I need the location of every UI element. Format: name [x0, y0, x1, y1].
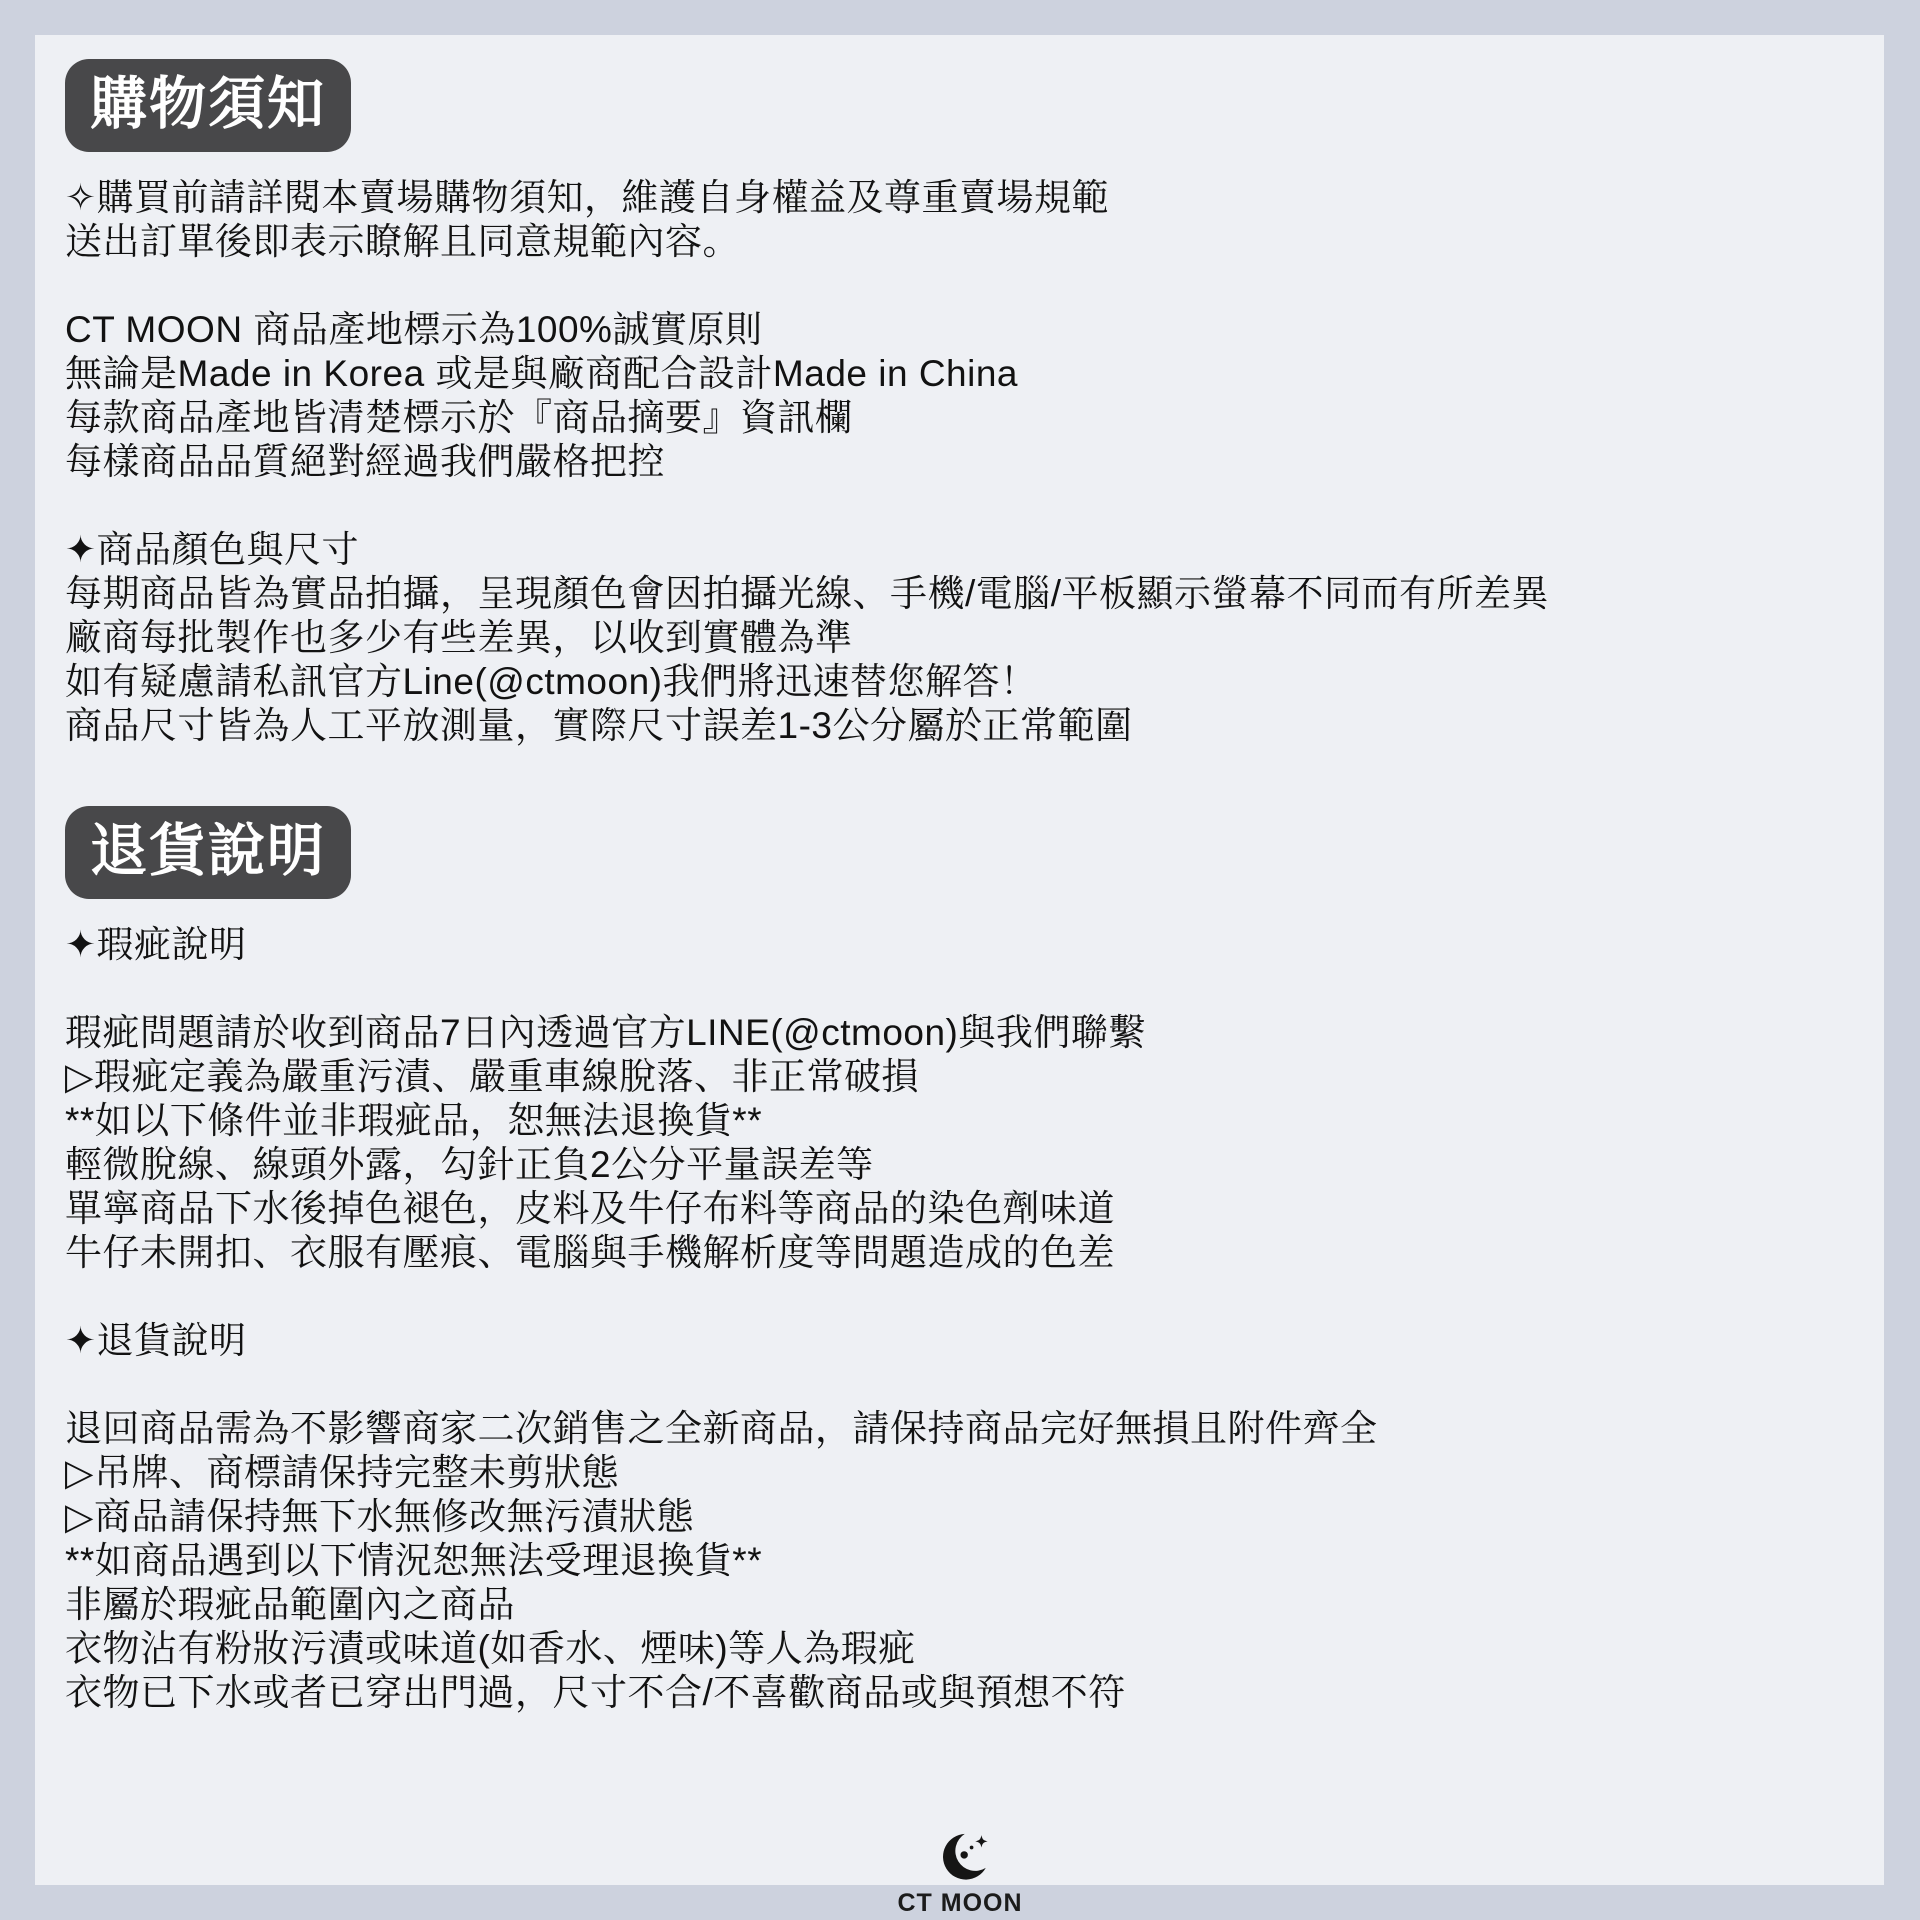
- text-line: ✦瑕疵說明: [65, 923, 1854, 967]
- text-line: 瑕疵問題請於收到商品7日內透過官方LINE(@ctmoon)與我們聯繫: [65, 1011, 1854, 1055]
- text-line: 每期商品皆為實品拍攝，呈現顏色會因拍攝光線、手機/電腦/平板顯示螢幕不同而有所差…: [65, 572, 1854, 616]
- brand-footer: CT MOON: [897, 1829, 1022, 1918]
- text-line: 非屬於瑕疵品範圍內之商品: [65, 1583, 1854, 1627]
- brand-name-text: CT MOON: [897, 1889, 1022, 1918]
- moon-dot-large: [960, 1851, 967, 1858]
- text-line: ▷瑕疵定義為嚴重污漬、嚴重車線脫落、非正常破損: [65, 1055, 1854, 1099]
- paragraph: CT MOON 商品產地標示為100%誠實原則無論是Made in Korea …: [65, 308, 1854, 484]
- paragraph: ✦退貨說明: [65, 1319, 1854, 1363]
- paragraph: ✦瑕疵說明: [65, 923, 1854, 967]
- text-line: 廠商每批製作也多少有些差異，以收到實體為準: [65, 616, 1854, 660]
- text-line: 輕微脫線、線頭外露，勾針正負2公分平量誤差等: [65, 1143, 1854, 1187]
- text-line: ✧購買前請詳閱本賣場購物須知，維護自身權益及尊重賣場規範: [65, 176, 1854, 220]
- sections-container: 購物須知✧購買前請詳閱本賣場購物須知，維護自身權益及尊重賣場規範送出訂單後即表示…: [65, 59, 1854, 1715]
- text-line: 如有疑慮請私訊官方Line(@ctmoon)我們將迅速替您解答！: [65, 660, 1854, 704]
- text-line: ✦商品顏色與尺寸: [65, 528, 1854, 572]
- text-line: 每款商品產地皆清楚標示於『商品摘要』資訊欄: [65, 396, 1854, 440]
- section-badge: 退貨說明: [65, 806, 351, 899]
- notice-card: 購物須知✧購買前請詳閱本賣場購物須知，維護自身權益及尊重賣場規範送出訂單後即表示…: [35, 35, 1884, 1885]
- text-line: ✦退貨說明: [65, 1319, 1854, 1363]
- paragraph: ✦商品顏色與尺寸每期商品皆為實品拍攝，呈現顏色會因拍攝光線、手機/電腦/平板顯示…: [65, 528, 1854, 748]
- section-badge: 購物須知: [65, 59, 351, 152]
- text-line: 無論是Made in Korea 或是與廠商配合設計Made in China: [65, 352, 1854, 396]
- text-line: 衣物已下水或者已穿出門過，尺寸不合/不喜歡商品或與預想不符: [65, 1671, 1854, 1715]
- crescent-moon-logo-icon: [929, 1829, 991, 1887]
- text-line: 送出訂單後即表示瞭解且同意規範內容。: [65, 220, 1854, 264]
- text-line: 衣物沾有粉妝污漬或味道(如香水、煙味)等人為瑕疵: [65, 1627, 1854, 1671]
- moon-dot-small: [969, 1846, 973, 1850]
- paragraph: ✧購買前請詳閱本賣場購物須知，維護自身權益及尊重賣場規範送出訂單後即表示瞭解且同…: [65, 176, 1854, 264]
- sparkle-icon: [975, 1835, 987, 1847]
- text-line: **如商品遇到以下情況恕無法受理退換貨**: [65, 1539, 1854, 1583]
- text-line: 商品尺寸皆為人工平放測量，實際尺寸誤差1-3公分屬於正常範圍: [65, 704, 1854, 748]
- shopping-notice-page: 購物須知✧購買前請詳閱本賣場購物須知，維護自身權益及尊重賣場規範送出訂單後即表示…: [0, 0, 1920, 1920]
- text-line: CT MOON 商品產地標示為100%誠實原則: [65, 308, 1854, 352]
- text-line: 退回商品需為不影響商家二次銷售之全新商品，請保持商品完好無損且附件齊全: [65, 1407, 1854, 1451]
- text-line: 單寧商品下水後掉色褪色，皮料及牛仔布料等商品的染色劑味道: [65, 1187, 1854, 1231]
- text-line: 牛仔未開扣、衣服有壓痕、電腦與手機解析度等問題造成的色差: [65, 1231, 1854, 1275]
- paragraph: 退回商品需為不影響商家二次銷售之全新商品，請保持商品完好無損且附件齊全▷吊牌、商…: [65, 1407, 1854, 1715]
- paragraph: 瑕疵問題請於收到商品7日內透過官方LINE(@ctmoon)與我們聯繫▷瑕疵定義…: [65, 1011, 1854, 1275]
- text-line: ▷吊牌、商標請保持完整未剪狀態: [65, 1451, 1854, 1495]
- text-line: 每樣商品品質絕對經過我們嚴格把控: [65, 440, 1854, 484]
- text-line: ▷商品請保持無下水無修改無污漬狀態: [65, 1495, 1854, 1539]
- text-line: **如以下條件並非瑕疵品，恕無法退換貨**: [65, 1099, 1854, 1143]
